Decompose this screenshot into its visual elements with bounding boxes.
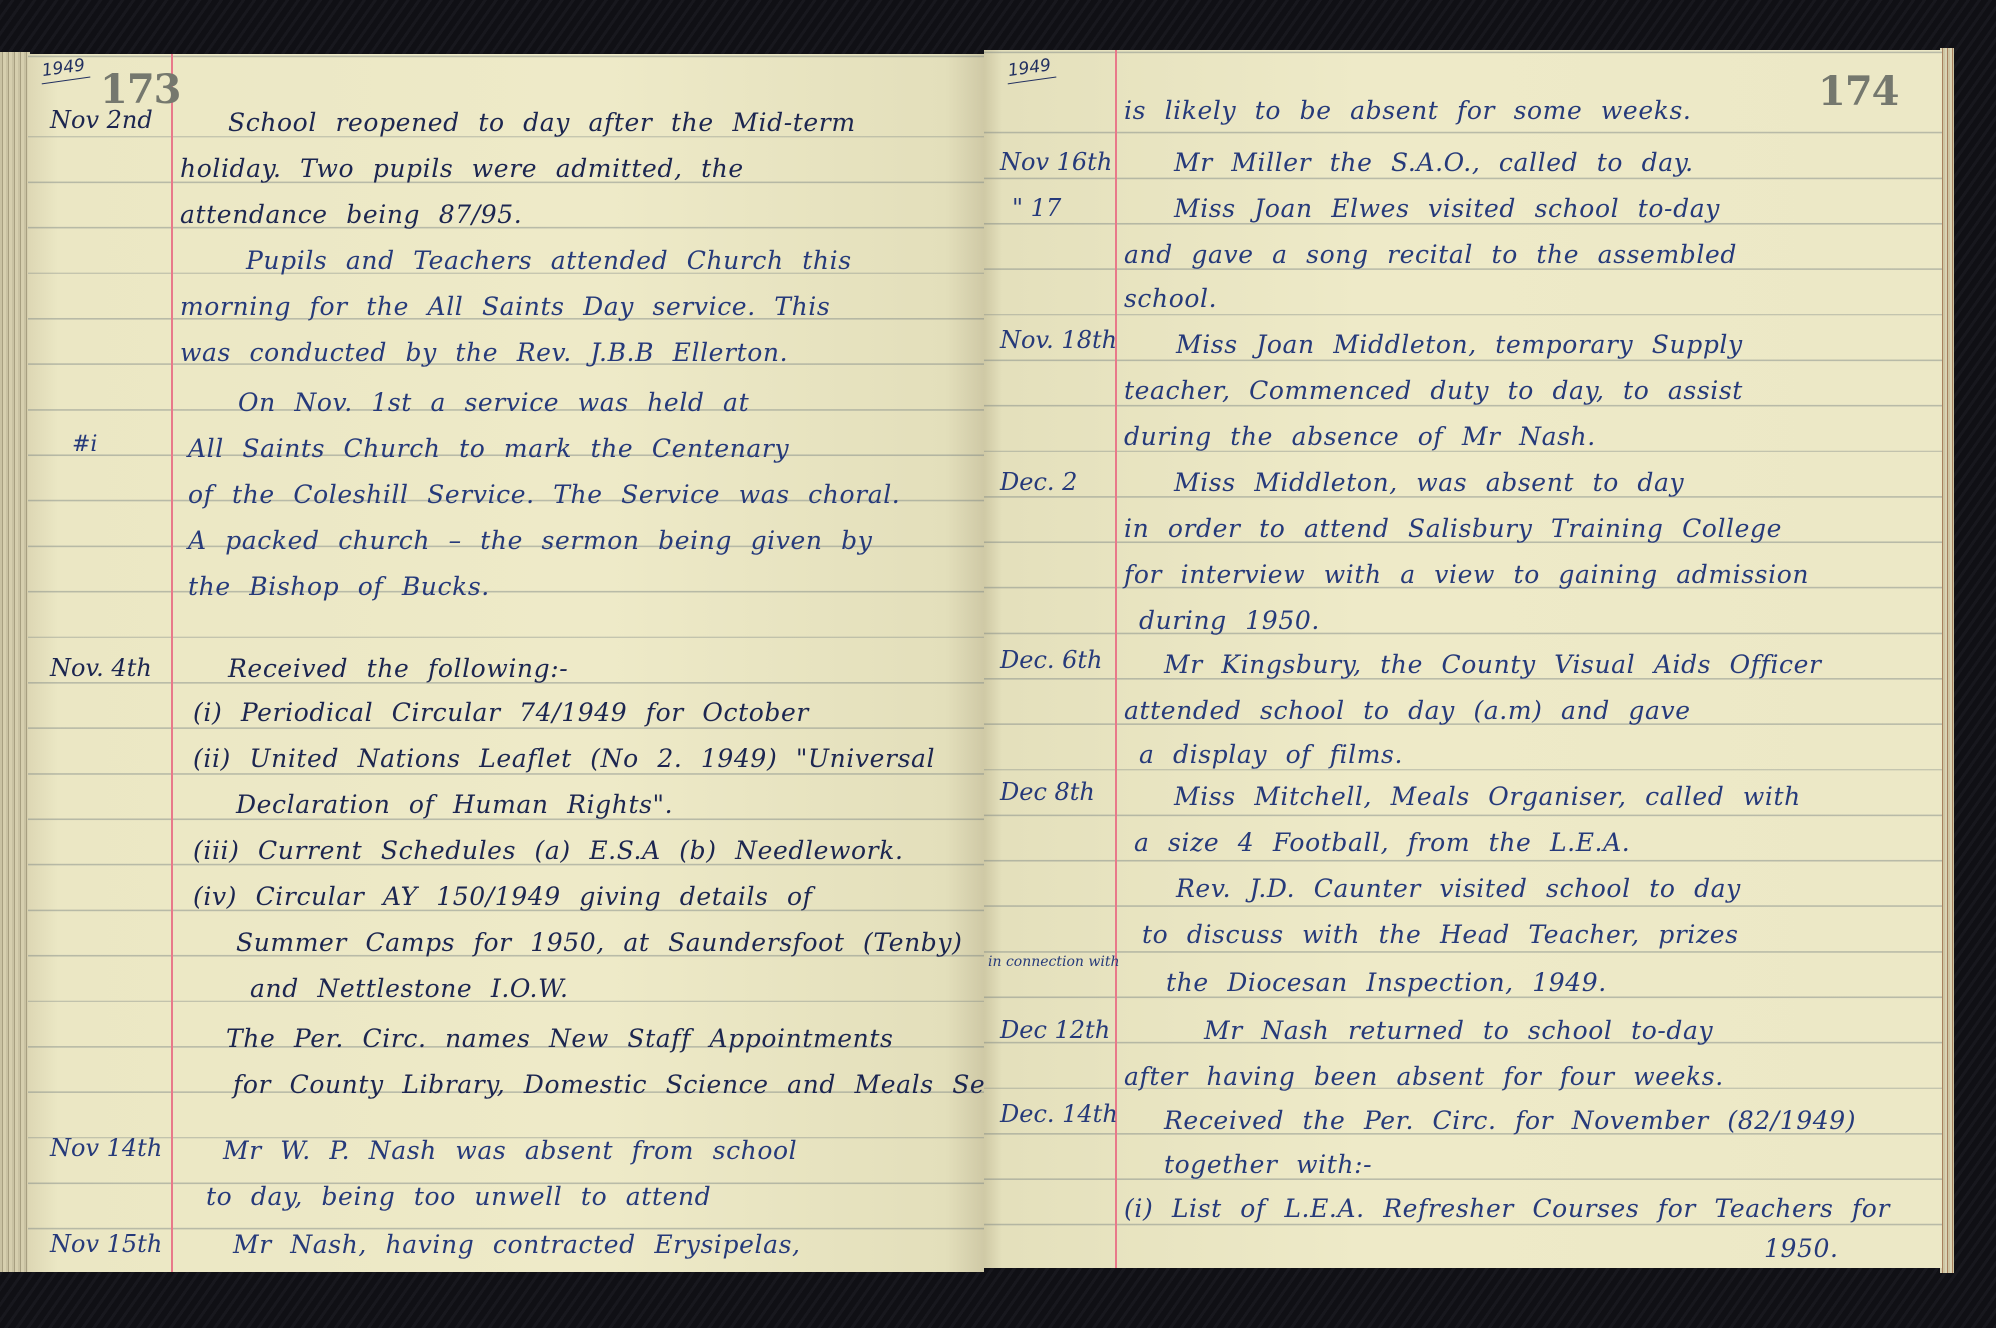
text-line: for interview with a view to gaining adm…: [1124, 560, 1809, 589]
text-line: Summer Camps for 1950, at Saundersfoot (…: [236, 928, 963, 957]
text-line: attendance being 87/95.: [180, 200, 522, 229]
text-line: A packed church – the sermon being given…: [188, 526, 872, 555]
text-line: to day, being too unwell to attend: [206, 1182, 711, 1211]
entry-date: Dec 8th: [1000, 778, 1095, 806]
entry-date: Dec. 2: [1000, 468, 1077, 496]
insertion-note: in connection with: [988, 954, 1119, 970]
text-line: Received the following:-: [228, 654, 568, 683]
entry-date: Nov 14th: [50, 1134, 162, 1162]
text-line: Mr Kingsbury, the County Visual Aids Off…: [1164, 650, 1822, 679]
text-line: All Saints Church to mark the Centenary: [188, 434, 789, 463]
entry-date: Dec 12th: [1000, 1016, 1110, 1044]
entry-date: Nov 2nd: [50, 106, 153, 134]
left-page: 1949 173 #i Nov 2nd Nov. 4th Nov 14th No…: [28, 54, 984, 1272]
text-line: Miss Joan Middleton, temporary Supply: [1176, 330, 1743, 359]
entry-date: Nov. 18th: [1000, 326, 1117, 354]
text-line: Miss Mitchell, Meals Organiser, called w…: [1174, 782, 1801, 811]
text-line: Mr Miller the S.A.O., called to day.: [1174, 148, 1694, 177]
text-line: holiday. Two pupils were admitted, the: [180, 154, 744, 183]
text-line: Received the Per. Circ. for November (82…: [1164, 1106, 1856, 1135]
page-number: 174: [1818, 68, 1899, 115]
text-line: Rev. J.D. Caunter visited school to day: [1176, 874, 1741, 903]
text-line: (ii) United Nations Leaflet (No 2. 1949)…: [193, 744, 935, 773]
text-line: School reopened to day after the Mid-ter…: [228, 108, 856, 137]
text-line: during the absence of Mr Nash.: [1124, 422, 1596, 451]
text-line: together with:-: [1164, 1150, 1372, 1179]
marginal-mark: #i: [72, 432, 97, 457]
text-line: a display of films.: [1139, 740, 1403, 769]
text-line: a size 4 Football, from the L.E.A.: [1134, 828, 1630, 857]
text-line: school.: [1124, 284, 1217, 313]
entry-date: Dec. 6th: [1000, 646, 1103, 674]
text-line: Miss Middleton, was absent to day: [1174, 468, 1684, 497]
text-line: teacher, Commenced duty to day, to assis…: [1124, 376, 1743, 405]
entry-date: Nov 16th: [1000, 148, 1112, 176]
text-line: The Per. Circ. names New Staff Appointme…: [226, 1024, 893, 1053]
text-line: and Nettlestone I.O.W.: [250, 974, 569, 1003]
text-line: Mr W. P. Nash was absent from school: [223, 1136, 797, 1165]
text-line: the Bishop of Bucks.: [188, 572, 490, 601]
text-line: was conducted by the Rev. J.B.B Ellerton…: [180, 338, 788, 367]
text-line: Mr Nash, having contracted Erysipelas,: [233, 1230, 801, 1259]
text-line: Pupils and Teachers attended Church this: [246, 246, 852, 275]
text-line: during 1950.: [1139, 606, 1320, 635]
text-line: attended school to day (a.m) and gave: [1124, 696, 1691, 725]
text-line: morning for the All Saints Day service. …: [180, 292, 830, 321]
text-line: (i) List of L.E.A. Refresher Courses for…: [1124, 1194, 1890, 1223]
text-line: (iv) Circular AY 150/1949 giving details…: [193, 882, 813, 911]
text-line: of the Coleshill Service. The Service wa…: [188, 480, 900, 509]
right-page: 1949 174 Nov 16th " 17 Nov. 18th Dec. 2 …: [984, 50, 1942, 1268]
text-line: Mr Nash returned to school to-day: [1204, 1016, 1713, 1045]
entry-date: Nov. 4th: [50, 654, 152, 682]
text-line: in order to attend Salisbury Training Co…: [1124, 514, 1782, 543]
text-line: (iii) Current Schedules (a) E.S.A (b) Ne…: [193, 836, 904, 865]
text-line: to discuss with the Head Teacher, prizes: [1142, 920, 1739, 949]
text-line: after having been absent for four weeks.: [1124, 1062, 1724, 1091]
text-line: for County Library, Domestic Science and…: [233, 1070, 984, 1099]
text-line: (i) Periodical Circular 74/1949 for Octo…: [193, 698, 809, 727]
text-line: Declaration of Human Rights".: [236, 790, 673, 819]
page-edges-right: [1940, 48, 1954, 1273]
text-line: 1950.: [1764, 1234, 1839, 1263]
text-line: the Diocesan Inspection, 1949.: [1166, 968, 1607, 997]
text-line: On Nov. 1st a service was held at: [238, 388, 749, 417]
text-line: is likely to be absent for some weeks.: [1124, 96, 1691, 125]
entry-date: Nov 15th: [50, 1230, 162, 1258]
page-edges-left: [0, 52, 30, 1272]
text-line: and gave a song recital to the assembled: [1124, 240, 1737, 269]
text-line: Miss Joan Elwes visited school to-day: [1174, 194, 1720, 223]
margin-rule: [1115, 50, 1117, 1268]
entry-date: Dec. 14th: [1000, 1100, 1118, 1128]
entry-date: " 17: [1012, 194, 1061, 222]
margin-rule: [171, 54, 173, 1272]
